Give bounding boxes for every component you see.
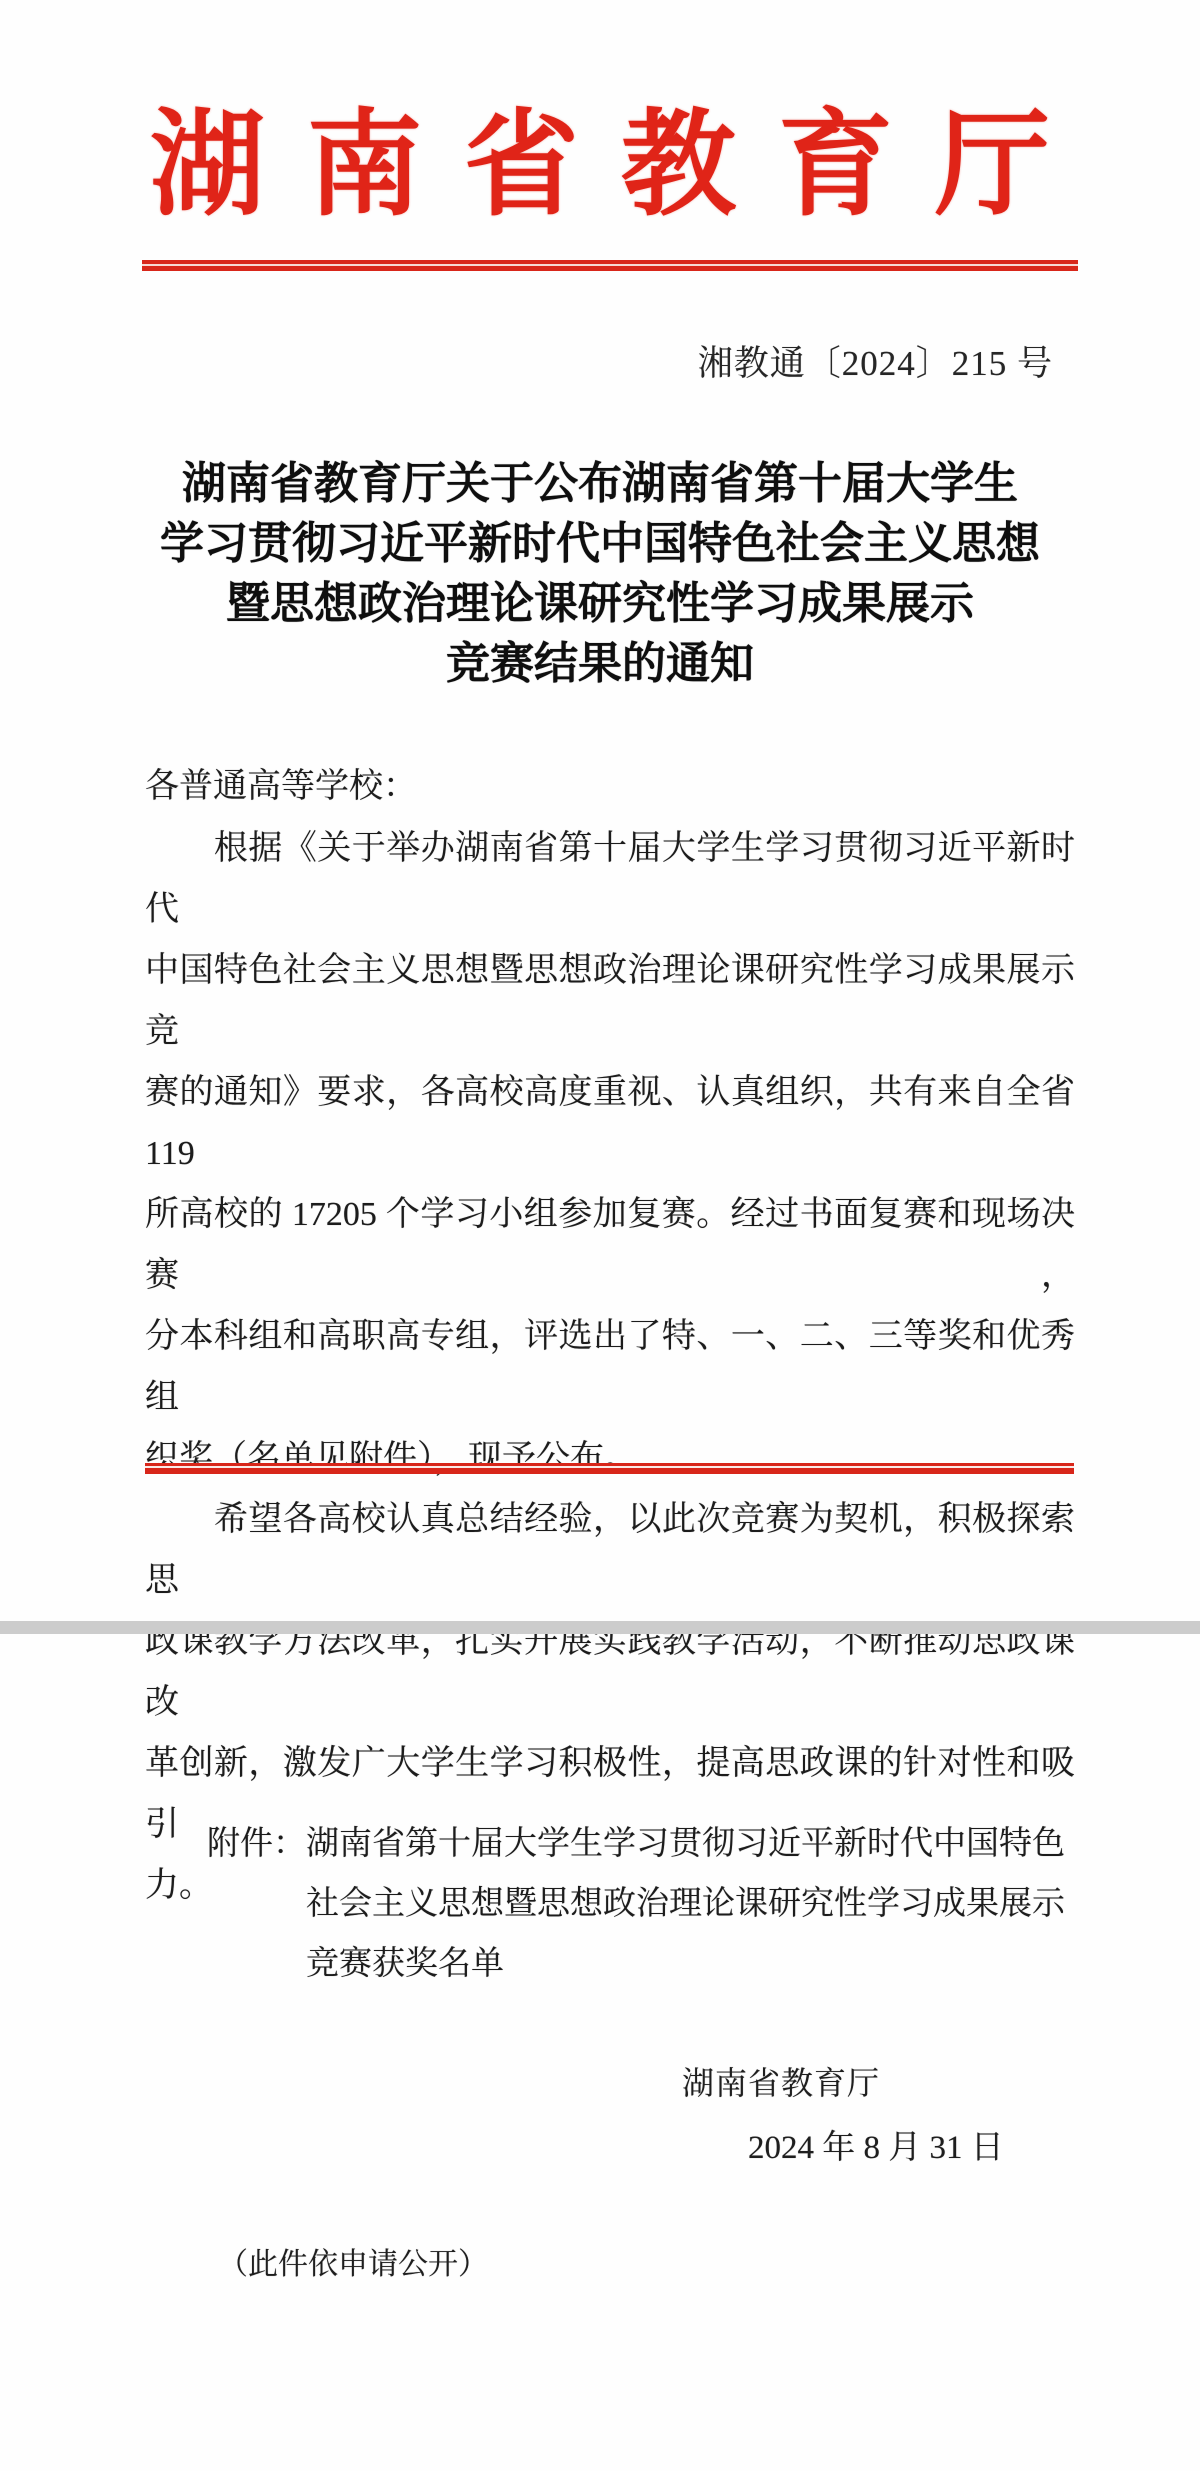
footer-rule — [145, 1463, 1074, 1474]
attachment-line: 社会主义思想暨思想政治理论课研究性学习成果展示 — [306, 1874, 1107, 1934]
body-line: 所高校的 17205 个学习小组参加复赛。经过书面复赛和现场决赛， — [145, 1184, 1075, 1306]
title-line: 学习贯彻习近平新时代中国特色社会主义思想 — [135, 514, 1065, 574]
attachment-line: 竞赛获奖名单 — [306, 1934, 1107, 1994]
title-line: 竞赛结果的通知 — [135, 634, 1065, 694]
document-page: 湖南省教育厅 湘教通〔2024〕215 号 湖南省教育厅关于公布湖南省第十届大学… — [0, 0, 1200, 2471]
body-paragraphs: 根据《关于举办湖南省第十届大学生学习贯彻习近平新时代中国特色社会主义思想暨思想政… — [145, 818, 1075, 1916]
attachment-text: 湖南省第十届大学生学习贯彻习近平新时代中国特色 — [306, 1826, 1065, 1862]
body-line: 根据《关于举办湖南省第十届大学生学习贯彻习近平新时代 — [145, 818, 1075, 940]
title-line: 暨思想政治理论课研究性学习成果展示 — [135, 574, 1065, 634]
signature-agency: 湖南省教育厅 — [682, 2053, 880, 2113]
body-line: 赛的通知》要求，各高校高度重视、认真组织，共有来自全省 119 — [145, 1062, 1075, 1184]
attachment-block: 附件：湖南省第十届大学生学习贯彻习近平新时代中国特色社会主义思想暨思想政治理论课… — [207, 1814, 1107, 1994]
document-title: 湖南省教育厅关于公布湖南省第十届大学生学习贯彻习近平新时代中国特色社会主义思想暨… — [135, 454, 1065, 694]
salutation: 各普通高等学校： — [145, 757, 1075, 817]
body-line: 希望各高校认真总结经验，以此次竞赛为契机，积极探索思 — [145, 1489, 1075, 1611]
document-number: 湘教通〔2024〕215 号 — [698, 340, 1053, 388]
body-line: 织奖（名单见附件），现予公布。 — [145, 1428, 1075, 1489]
page-separator — [0, 1621, 1200, 1634]
attachment-line: 附件：湖南省第十届大学生学习贯彻习近平新时代中国特色 — [207, 1814, 1107, 1874]
attachment-label: 附件： — [207, 1826, 306, 1862]
disclosure-note: （此件依申请公开） — [218, 2237, 488, 2293]
letterhead-rule — [142, 260, 1078, 271]
agency-letterhead: 湖南省教育厅 — [0, 88, 1200, 243]
signature-date: 2024 年 8 月 31 日 — [748, 2118, 1004, 2178]
body-line: 中国特色社会主义思想暨思想政治理论课研究性学习成果展示竞 — [145, 940, 1075, 1062]
body-line: 分本科组和高职高专组，评选出了特、一、二、三等奖和优秀组 — [145, 1306, 1075, 1428]
title-line: 湖南省教育厅关于公布湖南省第十届大学生 — [135, 454, 1065, 514]
